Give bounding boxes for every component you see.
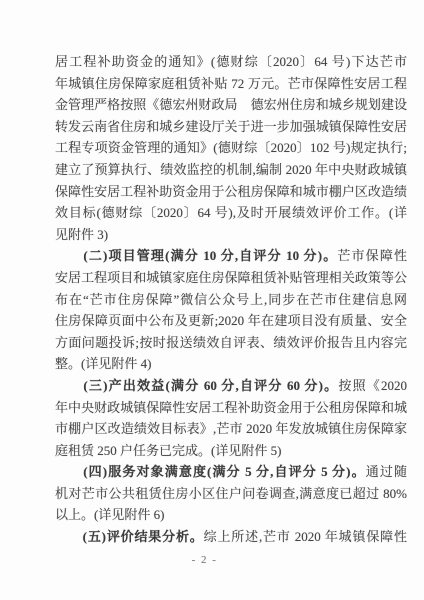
body-text: 居工程补助资金的通知》(德财综〔2020〕64 号)下达芒市 2020 [55,54,407,73]
body-text: 综上所述,芒市 2020 年城镇保障性 [204,529,407,544]
body-text: 机对芒市公共租赁住房小区住户问卷调查,满意度已超过 80% [55,486,407,501]
text-line: 金管理严格按照《德宏州财政局 德宏州住房和城乡规划建设局 [55,94,407,116]
body-text: 布在“芒市住房保障”微信公众号上,同步在芒市住建信息网 [55,292,407,307]
body-text: 芒市保障性 [337,248,407,263]
body-text: 转发云南省住房和城乡建设厅关于进一步加强城镇保障性安居 [55,119,407,134]
body-text: 庭租赁 250 户任务已完成。(详见附件 5) [55,443,281,458]
text-line: 保障性安居工程补助资金用于公租房保障和城市棚户区改造绩 [55,181,407,203]
text-line: 转发云南省住房和城乡建设厅关于进一步加强城镇保障性安居 [55,116,407,138]
text-line: 机对芒市公共租赁住房小区住户问卷调查,满意度已超过 80% [55,483,407,505]
body-text: 安居工程项目和城镇家庭住房保障租赁补贴管理相关政策等公 [55,270,407,285]
text-line: 市棚户区改造绩效目标表》,芒市 2020 年发放城镇住房保障家 [55,418,407,440]
text-line: (二)项目管理(满分 10 分,自评分 10 分)。芒市保障性 [55,245,407,267]
text-line: (四)服务对象满意度(满分 5 分,自评分 5 分)。通过随 [55,461,407,483]
body-text [55,378,83,393]
text-line: (五)评价结果分析。综上所述,芒市 2020 年城镇保障性 [55,526,407,548]
body-text: 住房保障页面中公布及更新;2020 年在建项目没有质量、安全 [55,313,407,328]
body-text: 金管理严格按照《德宏州财政局 德宏州住房和城乡规划建设局 [55,97,407,116]
text-line: (三)产出效益(满分 60 分,自评分 60 分)。按照《2020 [55,375,407,397]
text-line: 工程专项资金管理的通知》(德财综〔2020〕102 号)规定执行; [55,137,407,159]
text-line: 庭租赁 250 户任务已完成。(详见附件 5) [55,440,407,462]
body-text: 年中央财政城镇保障性安居工程补助资金用于公租房保障和城 [55,400,407,415]
body-text: 建立了预算执行、绩效监控的机制,编制 2020 年中央财政城镇 [55,162,407,177]
text-line: 以上。(详见附件 6) [55,504,407,526]
text-line: 年城镇住房保障家庭租赁补贴 72 万元。芒市保障性安居工程资 [55,73,407,95]
body-text: 工程专项资金管理的通知》(德财综〔2020〕102 号)规定执行; [55,140,407,155]
text-line: 安居工程项目和城镇家庭住房保障租赁补贴管理相关政策等公 [55,267,407,289]
section-heading-text: (三)产出效益(满分 60 分,自评分 60 分)。 [83,378,338,393]
body-text: 市棚户区改造绩效目标表》,芒市 2020 年发放城镇住房保障家 [55,421,407,436]
body-text: 保障性安居工程补助资金用于公租房保障和城市棚户区改造绩 [55,184,407,199]
document-page: 居工程补助资金的通知》(德财综〔2020〕64 号)下达芒市 2020年城镇住房… [0,0,424,600]
page-number: - 2 - [0,553,409,567]
body-text [55,248,83,263]
section-heading-text: (五)评价结果分析。 [83,529,204,544]
section-heading-text: (四)服务对象满意度(满分 5 分,自评分 5 分)。 [83,464,366,479]
text-line: 见附件 3) [55,224,407,246]
body-text: 通过随 [366,464,407,479]
body-text: 方面问题投诉;按时报送绩效自评表、绩效评价报告且内容完 [55,335,407,350]
body-text: 按照《2020 [338,378,407,393]
text-line: 方面问题投诉;按时报送绩效自评表、绩效评价报告且内容完 [55,332,407,354]
body-text: 年城镇住房保障家庭租赁补贴 72 万元。芒市保障性安居工程资 [55,76,407,95]
text-line: 整。(详见附件 4) [55,353,407,375]
body-text: 效目标(德财综〔2020〕64 号),及时开展绩效评价工作。(详 [55,205,407,220]
section-heading-text: (二)项目管理(满分 10 分,自评分 10 分)。 [83,248,337,263]
body-text: 整。(详见附件 4) [55,356,151,371]
text-line: 布在“芒市住房保障”微信公众号上,同步在芒市住建信息网 [55,289,407,311]
text-line: 居工程补助资金的通知》(德财综〔2020〕64 号)下达芒市 2020 [55,51,407,73]
text-line: 年中央财政城镇保障性安居工程补助资金用于公租房保障和城 [55,397,407,419]
text-line: 建立了预算执行、绩效监控的机制,编制 2020 年中央财政城镇 [55,159,407,181]
text-line: 住房保障页面中公布及更新;2020 年在建项目没有质量、安全 [55,310,407,332]
body-text [55,529,83,544]
body-text: 见附件 3) [55,227,108,242]
text-line: 效目标(德财综〔2020〕64 号),及时开展绩效评价工作。(详 [55,202,407,224]
body-text: 以上。(详见附件 6) [55,507,164,522]
document-lines: 居工程补助资金的通知》(德财综〔2020〕64 号)下达芒市 2020年城镇住房… [55,51,407,548]
body-text [55,464,83,479]
